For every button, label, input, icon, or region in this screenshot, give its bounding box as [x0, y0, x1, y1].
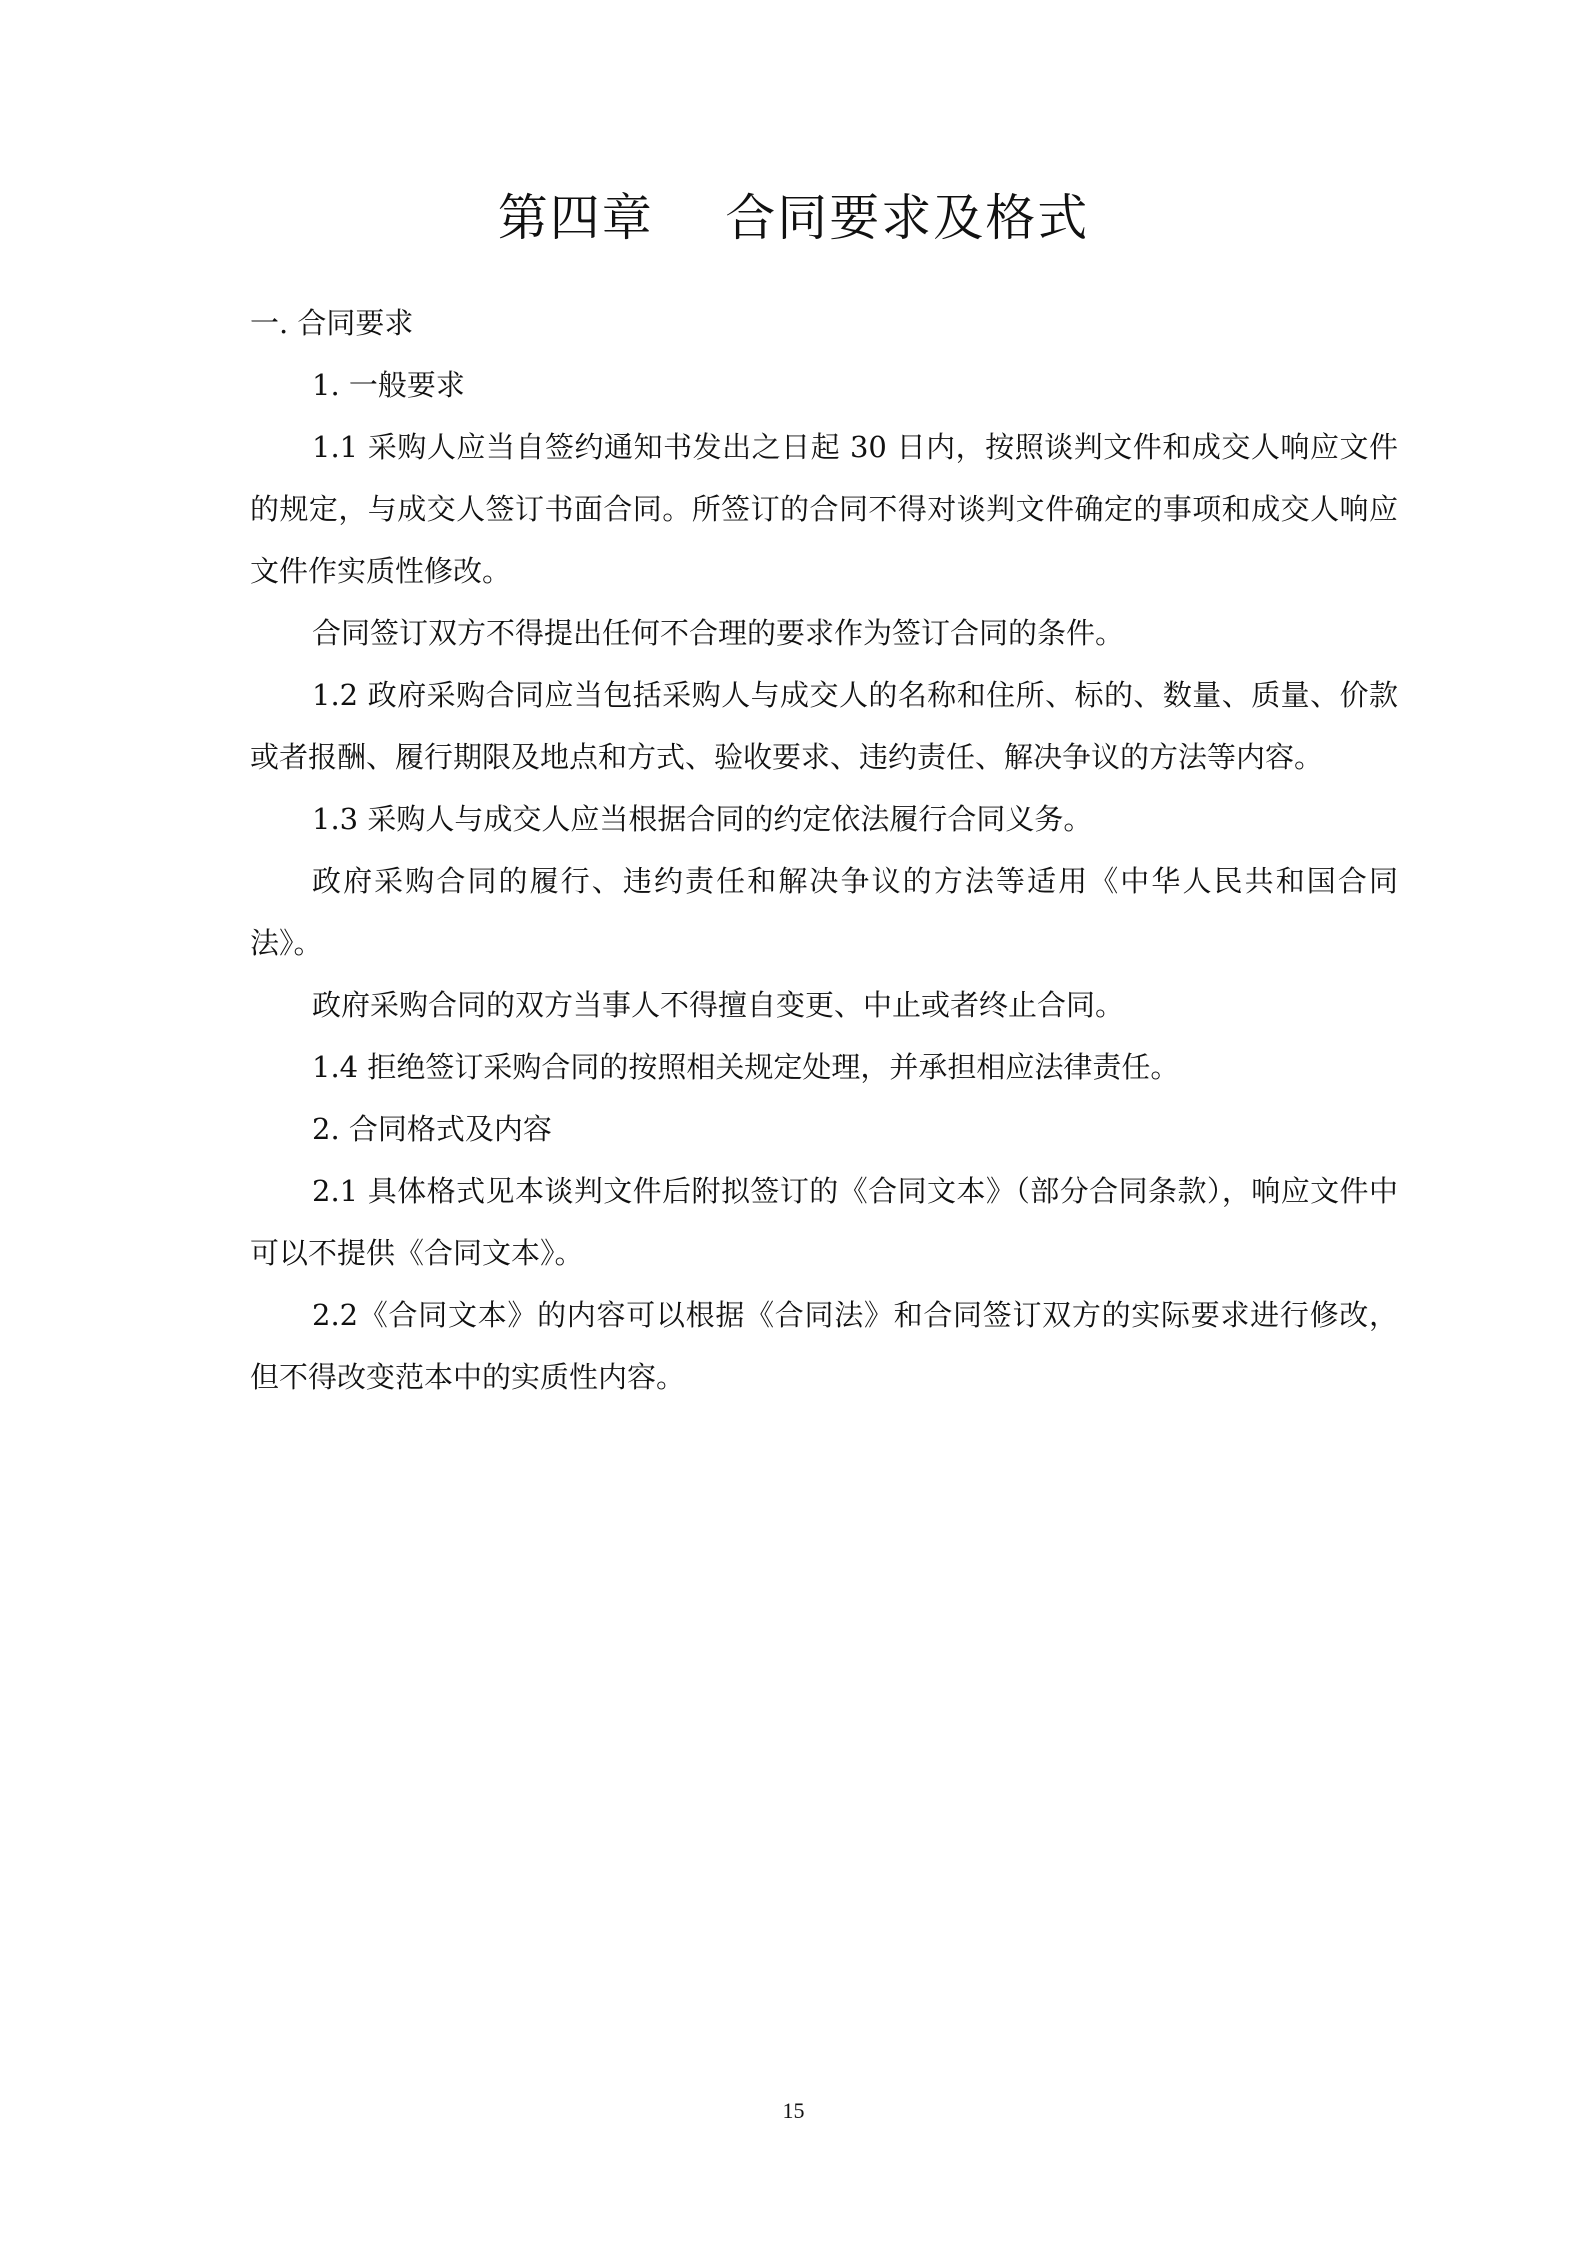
paragraph-1-2: 1.2 政府采购合同应当包括采购人与成交人的名称和住所、标的、数量、质量、价款或… — [250, 664, 1398, 788]
paragraph-1-4: 1.4 拒绝签订采购合同的按照相关规定处理，并承担相应法律责任。 — [250, 1036, 1398, 1098]
document-page: 第四章 合同要求及格式 一. 合同要求 1. 一般要求 1.1 采购人应当自签约… — [0, 0, 1587, 2245]
paragraph-no-change: 政府采购合同的双方当事人不得擅自变更、中止或者终止合同。 — [250, 974, 1398, 1036]
document-body: 一. 合同要求 1. 一般要求 1.1 采购人应当自签约通知书发出之日起 30 … — [250, 292, 1398, 1408]
subsection-heading-2: 2. 合同格式及内容 — [250, 1098, 1398, 1160]
chapter-title: 第四章 合同要求及格式 — [0, 188, 1587, 248]
paragraph-conditions: 合同签订双方不得提出任何不合理的要求作为签订合同的条件。 — [250, 602, 1398, 664]
page-number: 15 — [0, 2098, 1587, 2124]
paragraph-2-2: 2.2《合同文本》的内容可以根据《合同法》和合同签订双方的实际要求进行修改，但不… — [250, 1284, 1398, 1408]
paragraph-2-1: 2.1 具体格式见本谈判文件后附拟签订的《合同文本》（部分合同条款），响应文件中… — [250, 1160, 1398, 1284]
paragraph-1-1: 1.1 采购人应当自签约通知书发出之日起 30 日内，按照谈判文件和成交人响应文… — [250, 416, 1398, 602]
subsection-heading: 1. 一般要求 — [250, 354, 1398, 416]
paragraph-applicable-law: 政府采购合同的履行、违约责任和解决争议的方法等适用《中华人民共和国合同法》。 — [250, 850, 1398, 974]
section-heading: 一. 合同要求 — [250, 292, 1398, 354]
paragraph-1-3: 1.3 采购人与成交人应当根据合同的约定依法履行合同义务。 — [250, 788, 1398, 850]
